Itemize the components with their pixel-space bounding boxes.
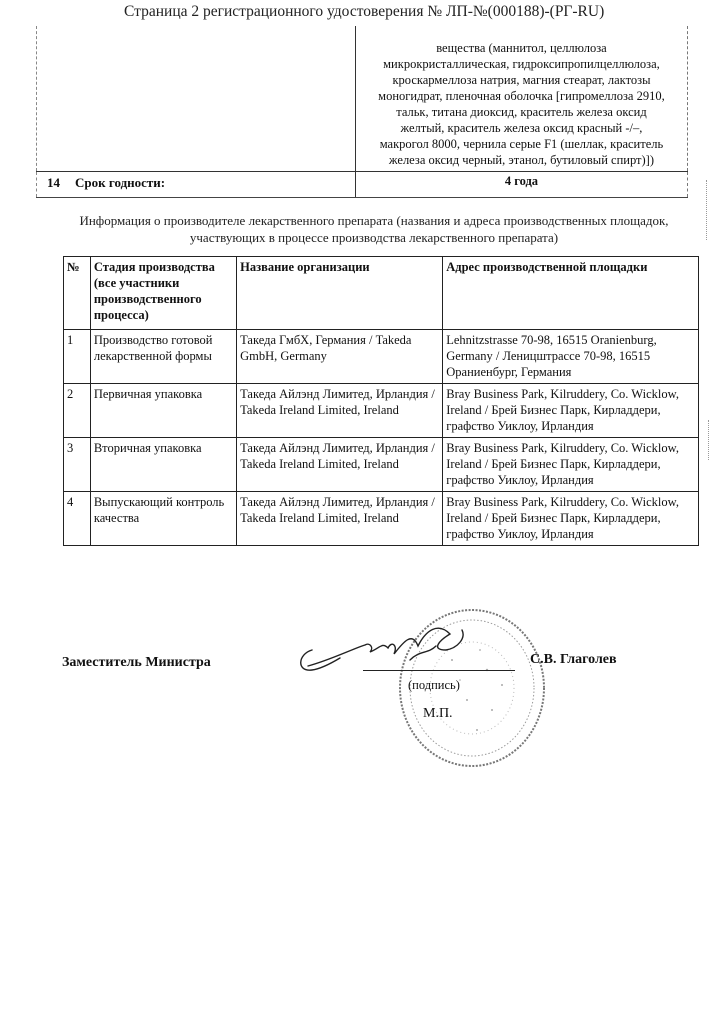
composition-line: моногидрат, пленочная оболочка [гипромел…: [358, 88, 685, 104]
composition-line: железа оксид черный, этанол, бутиловый с…: [358, 152, 685, 168]
composition-line: вещества (маннитол, целлюлоза: [358, 40, 685, 56]
header-address: Адрес производственной площадки: [443, 257, 699, 330]
row-address: Bray Business Park, Kilruddery, Co. Wick…: [443, 384, 699, 438]
row-stage: Вторичная упаковка: [90, 438, 236, 492]
scan-artifact: [706, 180, 707, 240]
handwritten-signature-icon: [290, 620, 510, 680]
table-row: 3 Вторичная упаковка Такеда Айлэнд Лимит…: [64, 438, 699, 492]
signature-caption: (подпись): [408, 678, 460, 693]
stamp-place-label: М.П.: [423, 706, 453, 722]
row-stage: Первичная упаковка: [90, 384, 236, 438]
scan-artifact: [708, 420, 709, 460]
composition-label-cell: [37, 26, 356, 172]
composition-table-fragment: вещества (маннитол, целлюлоза микрокрист…: [36, 26, 688, 198]
row-organization: Такеда Айлэнд Лимитед, Ирландия / Takeda…: [237, 384, 443, 438]
composition-value-cell: вещества (маннитол, целлюлоза микрокрист…: [355, 26, 687, 172]
manufacturer-section-title: Информация о производителе лекарственног…: [54, 212, 694, 246]
header-stage: Стадия производства (все участники произ…: [90, 257, 236, 330]
shelf-life-number: 14: [47, 175, 75, 191]
composition-line: кроскармеллоза натрия, магния стеарат, л…: [358, 72, 685, 88]
header-organization: Название организации: [237, 257, 443, 330]
table-row: 2 Первичная упаковка Такеда Айлэнд Лимит…: [64, 384, 699, 438]
composition-line: микрокристаллическая, гидроксипропилцелл…: [358, 56, 685, 72]
table-header-row: № Стадия производства (все участники про…: [64, 257, 699, 330]
composition-line: тальк, титана диоксид, краситель железа …: [358, 104, 685, 120]
signature-line: [363, 670, 515, 671]
row-organization: Такеда Айлэнд Лимитед, Ирландия / Takeda…: [237, 438, 443, 492]
row-organization: Такеда ГмбХ, Германия / Takeda GmbH, Ger…: [237, 330, 443, 384]
row-num: 1: [64, 330, 91, 384]
row-num: 4: [64, 492, 91, 546]
row-address: Bray Business Park, Kilruddery, Co. Wick…: [443, 438, 699, 492]
manufacturer-table: № Стадия производства (все участники про…: [63, 256, 699, 546]
shelf-life-label-cell: 14Срок годности:: [37, 172, 356, 198]
table-row: 4 Выпускающий контроль качества Такеда А…: [64, 492, 699, 546]
signatory-position: Заместитель Министра: [62, 655, 211, 671]
row-stage: Выпускающий контроль качества: [90, 492, 236, 546]
table-row: 1 Производство готовой лекарственной фор…: [64, 330, 699, 384]
row-num: 3: [64, 438, 91, 492]
row-organization: Такеда Айлэнд Лимитед, Ирландия / Takeda…: [237, 492, 443, 546]
header-num: №: [64, 257, 91, 330]
page-header: Страница 2 регистрационного удостоверени…: [124, 3, 604, 21]
row-address: Bray Business Park, Kilruddery, Co. Wick…: [443, 492, 699, 546]
shelf-life-value: 4 года: [355, 172, 687, 198]
composition-line: желтый, краситель железа оксид красный -…: [358, 120, 685, 136]
signature-block: Заместитель Министра С.В. Глаголев (подп…: [0, 600, 717, 800]
row-stage: Производство готовой лекарственной формы: [90, 330, 236, 384]
row-num: 2: [64, 384, 91, 438]
signatory-name: С.В. Глаголев: [530, 652, 617, 668]
row-address: Lehnitzstrasse 70-98, 16515 Oranienburg,…: [443, 330, 699, 384]
shelf-life-label: Срок годности:: [75, 175, 165, 190]
shelf-life-row: 14Срок годности: 4 года: [37, 172, 688, 198]
composition-line: макрогол 8000, чернила серые F1 (шеллак,…: [358, 136, 685, 152]
